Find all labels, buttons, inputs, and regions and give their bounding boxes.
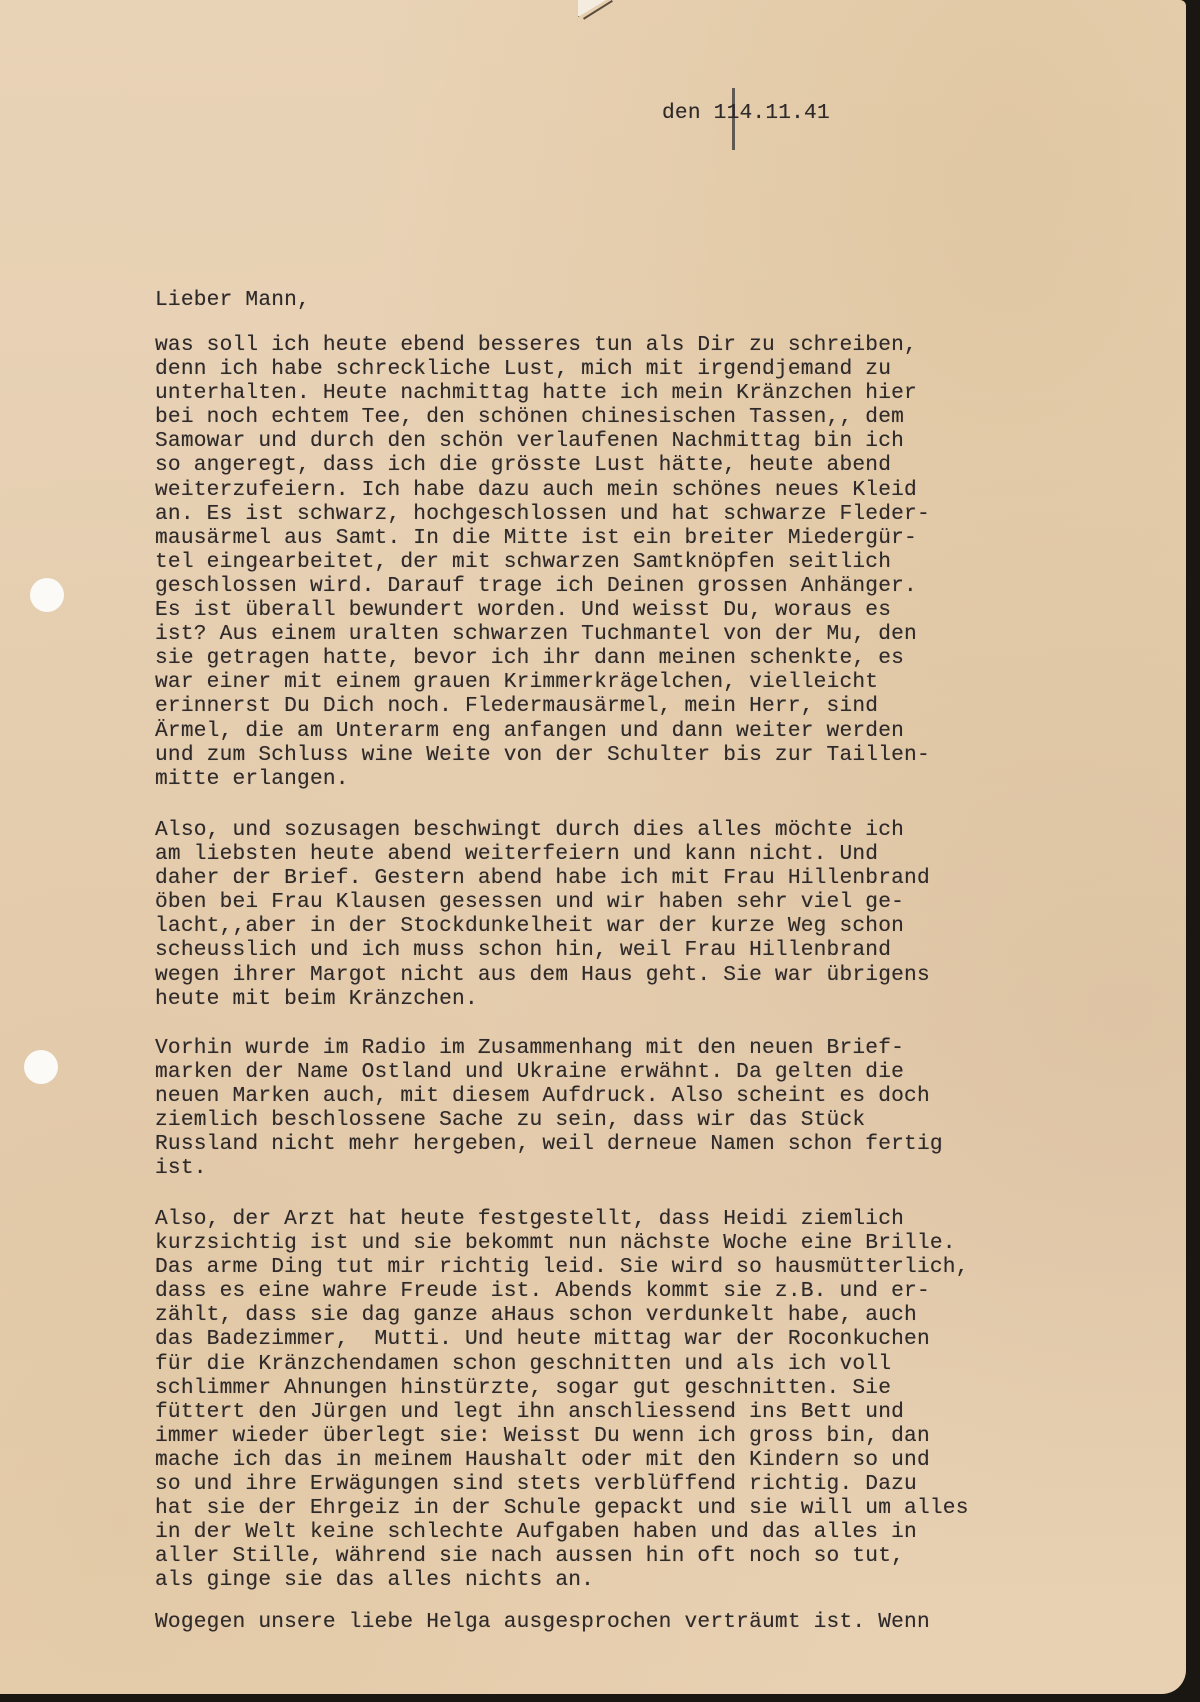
text-line: scheusslich und ich muss schon hin, weil… (155, 938, 930, 962)
text-line: tel eingearbeitet, der mit schwarzen Sam… (155, 550, 930, 574)
text-line: Also, und sozusagen beschwingt durch die… (155, 818, 930, 842)
paragraph-5: Wogegen unsere liebe Helga ausgesprochen… (155, 1610, 930, 1634)
text-line: daher der Brief. Gestern abend habe ich … (155, 866, 930, 890)
paragraph-4: Also, der Arzt hat heute festgestellt, d… (155, 1207, 969, 1593)
paragraph-1: was soll ich heute ebend besseres tun al… (155, 333, 930, 791)
text-line: Vorhin wurde im Radio im Zusammenhang mi… (155, 1036, 943, 1060)
letter-date: den 114.11.41 (662, 101, 830, 125)
text-line: Samowar und durch den schön verlaufenen … (155, 429, 930, 453)
text-line: war einer mit einem grauen Krimmerkrägel… (155, 670, 930, 694)
text-line: lacht,,aber in der Stockdunkelheit war d… (155, 914, 930, 938)
text-line: aller Stille, während sie nach aussen hi… (155, 1544, 969, 1568)
paragraph-2: Also, und sozusagen beschwingt durch die… (155, 818, 930, 1011)
salutation: Lieber Mann, (155, 288, 310, 312)
text-line: so angeregt, dass ich die grösste Lust h… (155, 453, 930, 477)
punch-hole-top (30, 578, 64, 612)
text-line: Russland nicht mehr hergeben, weil derne… (155, 1132, 943, 1156)
text-line: dass es eine wahre Freude ist. Abends ko… (155, 1279, 969, 1303)
text-line: ziemlich beschlossene Sache zu sein, das… (155, 1108, 943, 1132)
text-line: immer wieder überlegt sie: Weisst Du wen… (155, 1424, 969, 1448)
text-line: erinnerst Du Dich noch. Fledermausärmel,… (155, 694, 930, 718)
text-line: Das arme Ding tut mir richtig leid. Sie … (155, 1255, 969, 1279)
text-line: als ginge sie das alles nichts an. (155, 1568, 969, 1592)
text-line: öben bei Frau Klausen gesessen und wir h… (155, 890, 930, 914)
text-line: in der Welt keine schlechte Aufgaben hab… (155, 1520, 969, 1544)
text-line: unterhalten. Heute nachmittag hatte ich … (155, 381, 930, 405)
text-line: mausärmel aus Samt. In die Mitte ist ein… (155, 526, 930, 550)
text-line: hat sie der Ehrgeiz in der Schule gepack… (155, 1496, 969, 1520)
text-line: an. Es ist schwarz, hochgeschlossen und … (155, 502, 930, 526)
text-line: füttert den Jürgen und legt ihn anschlie… (155, 1400, 969, 1424)
punch-hole-bottom (24, 1050, 58, 1084)
text-line: Wogegen unsere liebe Helga ausgesprochen… (155, 1610, 930, 1634)
text-line: marken der Name Ostland und Ukraine erwä… (155, 1060, 943, 1084)
paragraph-3: Vorhin wurde im Radio im Zusammenhang mi… (155, 1036, 943, 1181)
text-line: ist. (155, 1156, 943, 1180)
text-line: heute mit beim Kränzchen. (155, 987, 930, 1011)
torn-corner (578, 0, 606, 17)
text-line: Also, der Arzt hat heute festgestellt, d… (155, 1207, 969, 1231)
text-line: denn ich habe schreckliche Lust, mich mi… (155, 357, 930, 381)
text-line: kurzsichtig ist und sie bekommt nun näch… (155, 1231, 969, 1255)
text-line: und zum Schluss wine Weite von der Schul… (155, 743, 930, 767)
text-line: mitte erlangen. (155, 767, 930, 791)
text-line: Ärmel, die am Unterarm eng anfangen und … (155, 719, 930, 743)
text-line: weiterzufeiern. Ich habe dazu auch mein … (155, 478, 930, 502)
text-line: ist? Aus einem uralten schwarzen Tuchman… (155, 622, 930, 646)
text-line: das Badezimmer, Mutti. Und heute mittag … (155, 1327, 969, 1351)
text-line: zählt, dass sie dag ganze aHaus schon ve… (155, 1303, 969, 1327)
text-line: mache ich das in meinem Haushalt oder mi… (155, 1448, 969, 1472)
text-line: neuen Marken auch, mit diesem Aufdruck. … (155, 1084, 943, 1108)
text-line: Es ist überall bewundert worden. Und wei… (155, 598, 930, 622)
text-line: so und ihre Erwägungen sind stets verblü… (155, 1472, 969, 1496)
text-line: was soll ich heute ebend besseres tun al… (155, 333, 930, 357)
text-line: sie getragen hatte, bevor ich ihr dann m… (155, 646, 930, 670)
letter-page: den 114.11.41 Lieber Mann, was soll ich … (0, 0, 1186, 1694)
text-line: für die Kränzchendamen schon geschnitten… (155, 1352, 969, 1376)
text-line: am liebsten heute abend weiterfeiern und… (155, 842, 930, 866)
text-line: schlimmer Ahnungen hinstürzte, sogar gut… (155, 1376, 969, 1400)
text-line: bei noch echtem Tee, den schönen chinesi… (155, 405, 930, 429)
text-line: geschlossen wird. Darauf trage ich Deine… (155, 574, 930, 598)
text-line: wegen ihrer Margot nicht aus dem Haus ge… (155, 963, 930, 987)
